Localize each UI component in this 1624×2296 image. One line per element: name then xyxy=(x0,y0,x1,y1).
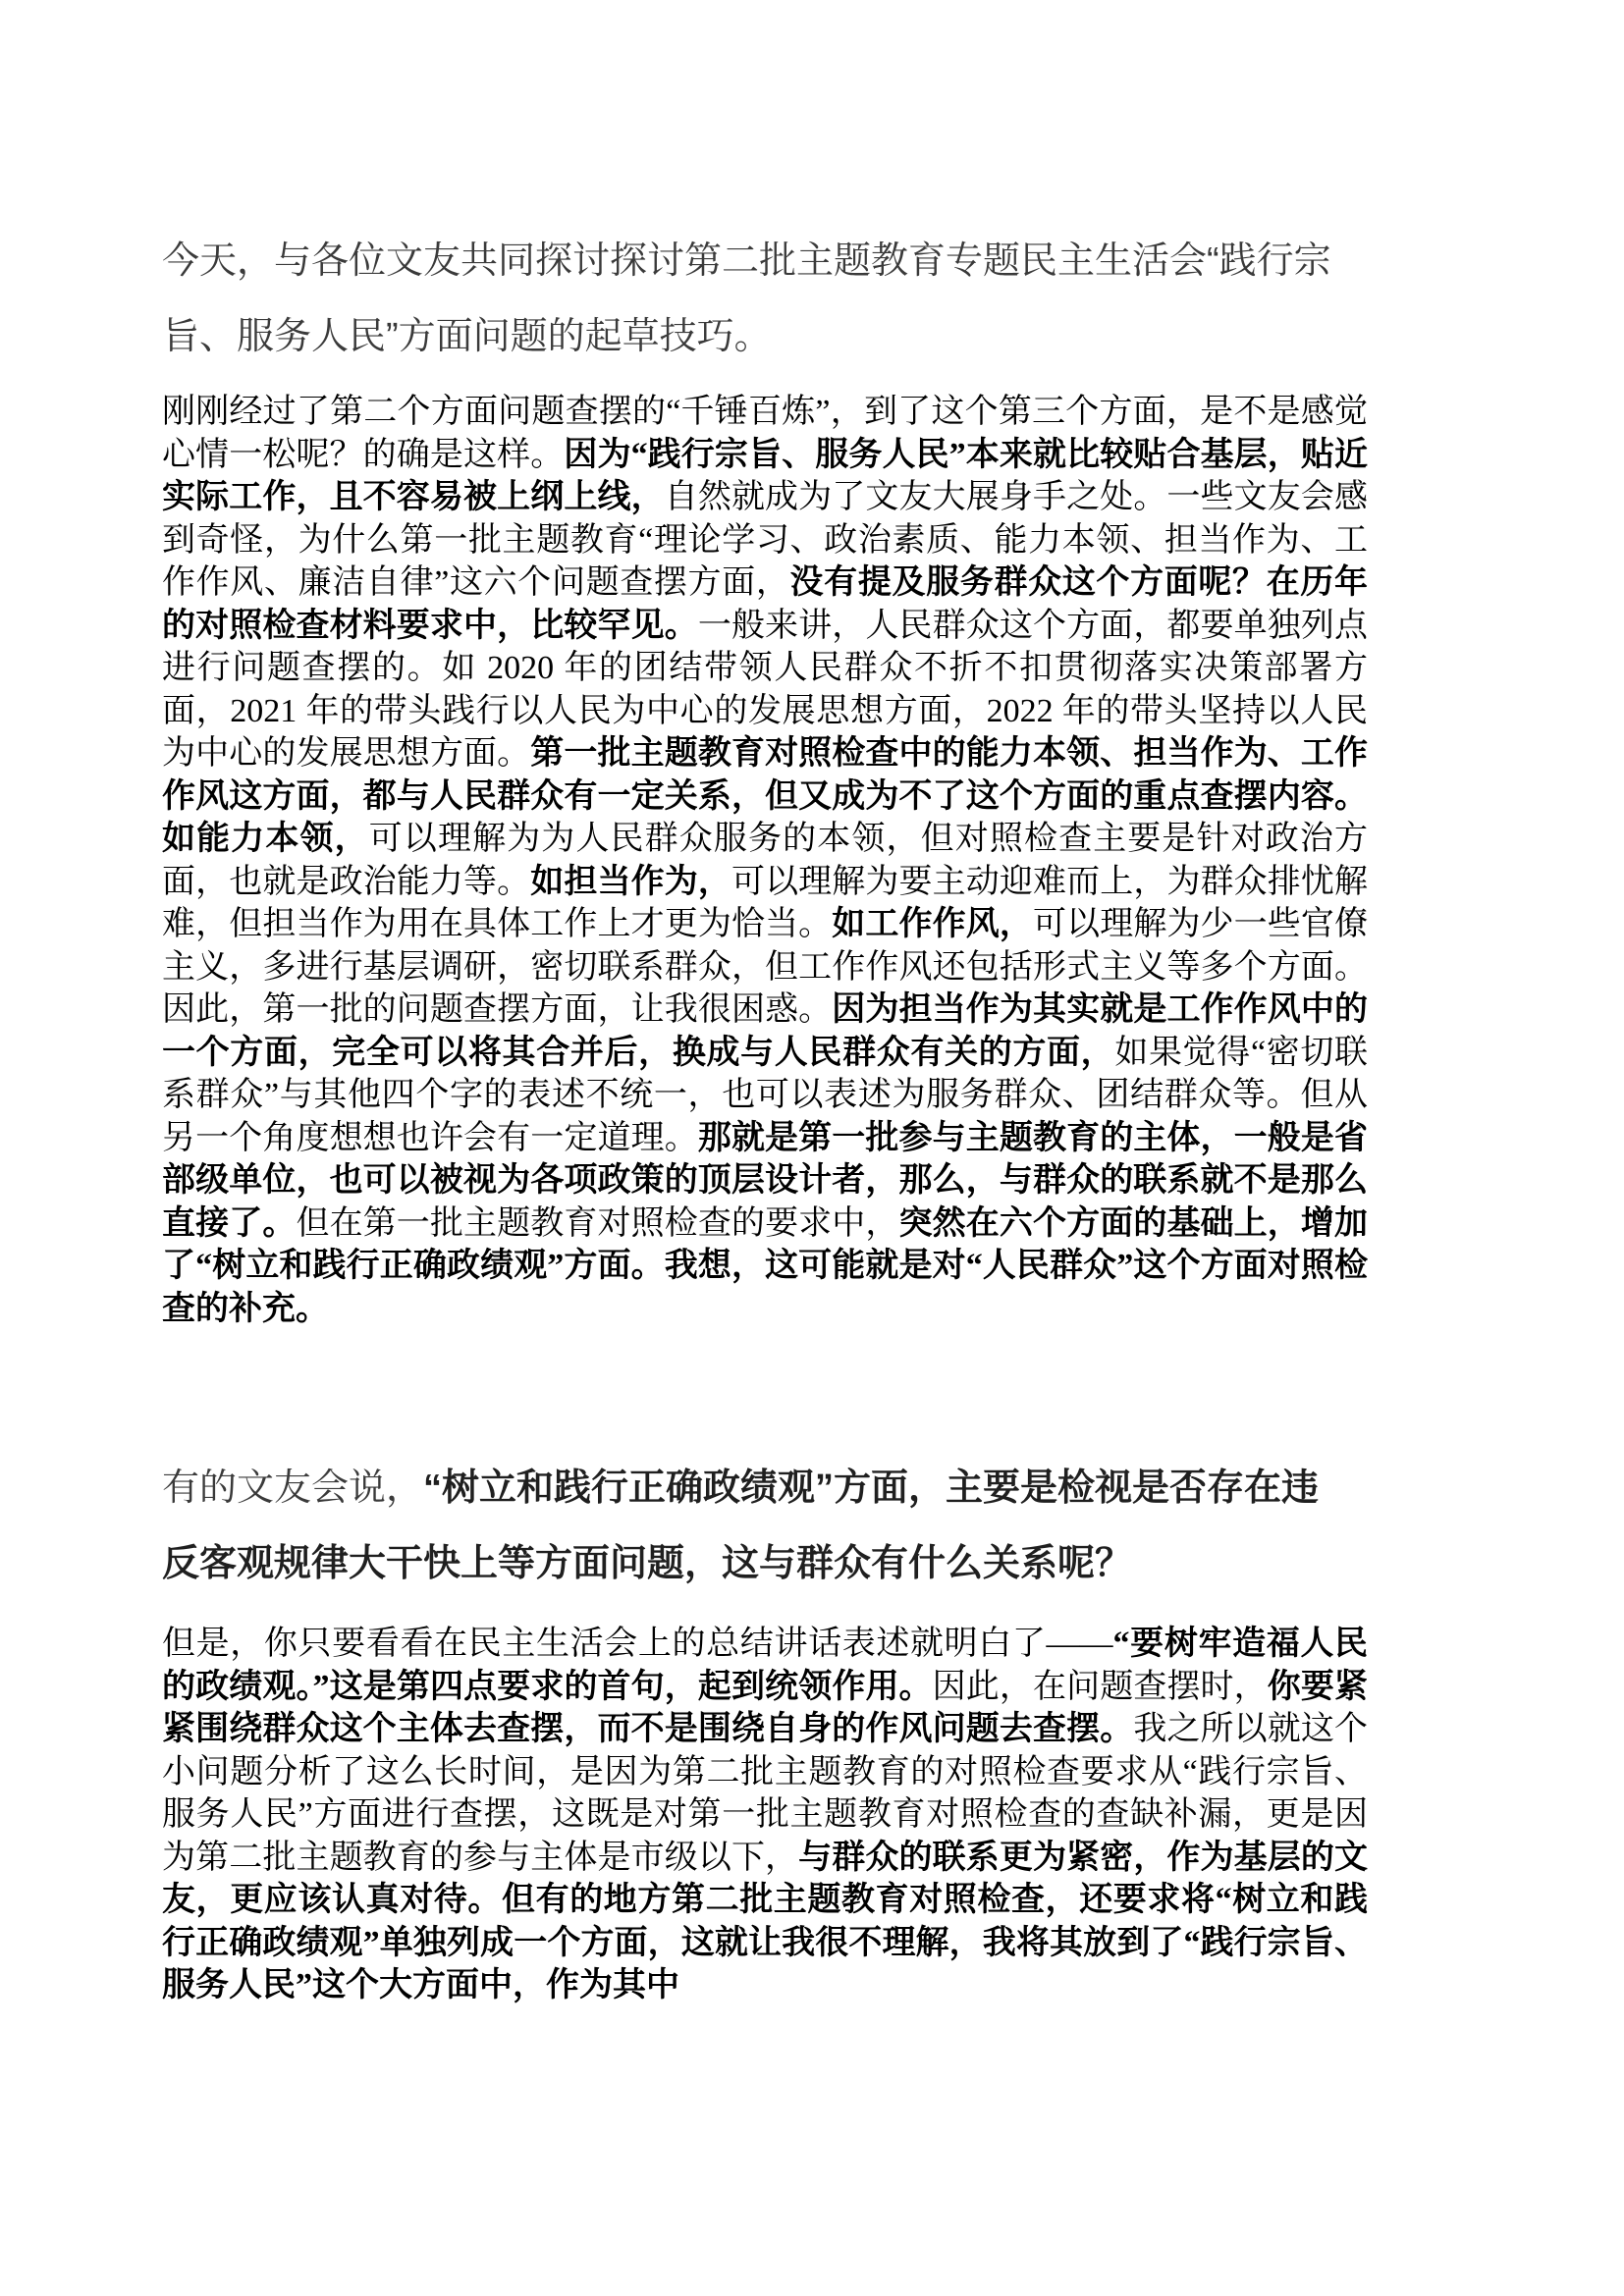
section-heading-1: 今天，与各位文友共同探讨探讨第二批主题教育专题民主生活会“践行宗旨、服务人民”方… xyxy=(162,224,1335,375)
bold-text-run: 如担当作为， xyxy=(530,864,731,900)
bold-text-run: 如工作作风， xyxy=(832,906,1033,942)
paragraph-1: 刚刚经过了第二个方面问题查摆的“千锤百炼”，到了这个第三个方面，是不是感觉心情一… xyxy=(162,391,1368,1330)
paragraph-2: 但是，你只要看看在民主生活会上的总结讲话表述就明白了——“要树牢造福人民的政绩观… xyxy=(162,1623,1368,2007)
text-run: 有的文友会说， xyxy=(162,1468,423,1509)
text-run: 但是，你只要看看在民主生活会上的总结讲话表述就明白了—— xyxy=(162,1626,1113,1662)
section-heading-2: 有的文友会说，“树立和践行正确政绩观”方面，主要是检视是否存在违反客观规律大干快… xyxy=(162,1451,1335,1602)
text-run: 但在第一批主题教育对照检查的要求中， xyxy=(296,1205,898,1242)
document-page: 今天，与各位文友共同探讨探讨第二批主题教育专题民主生活会“践行宗旨、服务人民”方… xyxy=(0,0,1624,2296)
text-run: 因此，在问题查摆时， xyxy=(933,1669,1268,1705)
document-content: 今天，与各位文友共同探讨探讨第二批主题教育专题民主生活会“践行宗旨、服务人民”方… xyxy=(162,0,1368,2007)
